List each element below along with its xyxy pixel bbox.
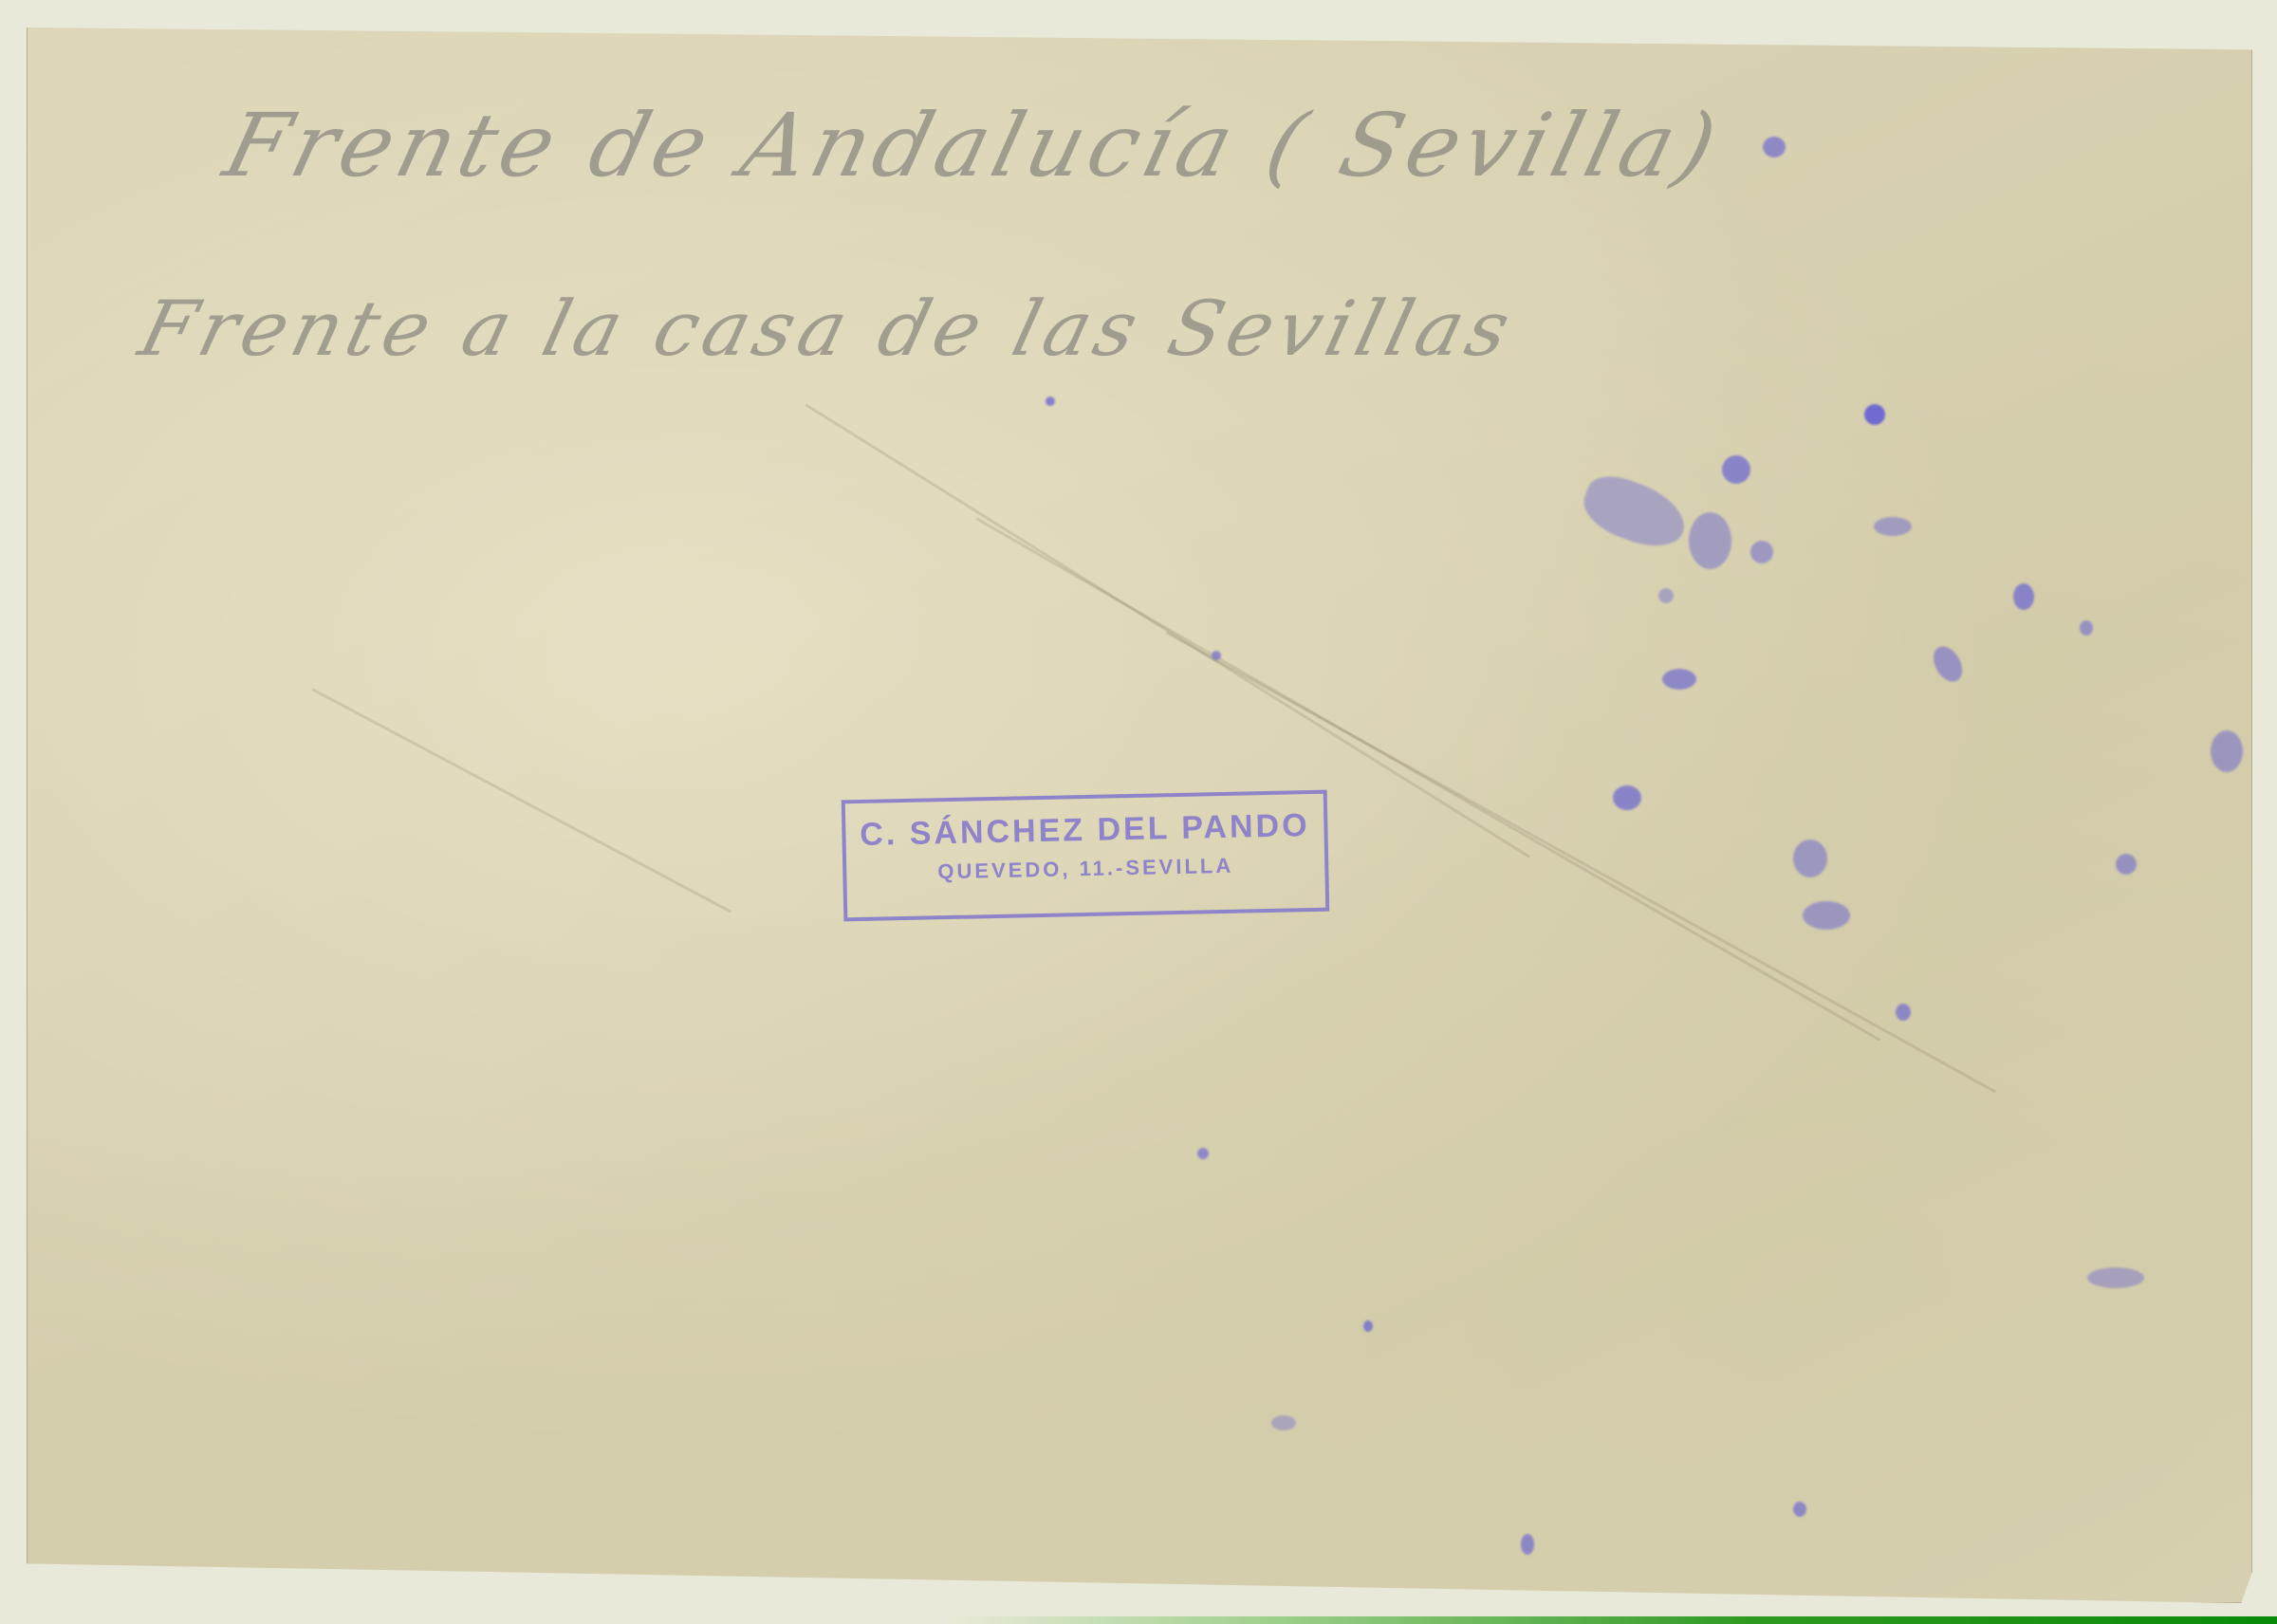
ink-spot: [2013, 583, 2034, 610]
handwritten-caption-line1: Frente de Andalucía ( Sevilla): [215, 95, 1731, 196]
stamp-address: QUEVEDO, 11.-SEVILLA: [846, 852, 1324, 887]
handwritten-caption-line2: Frente a la casa de las Sevillas: [131, 285, 1524, 373]
ink-spot: [1750, 541, 1773, 563]
ink-spot: [2116, 854, 2137, 875]
ink-spot: [1689, 512, 1731, 569]
ink-spot: [1197, 1148, 1209, 1159]
ink-spot: [1896, 1004, 1911, 1021]
ink-spot: [2211, 730, 2243, 772]
ink-spot: [1722, 455, 1750, 484]
ink-spot: [1212, 651, 1221, 660]
ink-spot: [1363, 1320, 1373, 1332]
ink-spot: [1271, 1415, 1296, 1430]
ink-spot: [1864, 404, 1885, 425]
ink-spot: [2080, 620, 2093, 636]
ink-spot: [1793, 840, 1827, 877]
ink-spot: [2087, 1267, 2144, 1288]
accent-bar: [949, 1616, 2277, 1624]
ink-spot: [1803, 901, 1850, 930]
ink-spot: [1874, 517, 1912, 536]
ink-spot: [1763, 137, 1786, 157]
ink-spot: [1521, 1534, 1534, 1555]
smudge-streak: [311, 688, 731, 913]
ink-spot: [1658, 588, 1674, 603]
ink-spot: [1793, 1502, 1806, 1517]
photographer-stamp: C. SÁNCHEZ DEL PANDO QUEVEDO, 11.-SEVILL…: [842, 790, 1330, 922]
ink-spot: [1046, 397, 1055, 406]
ink-spot: [1613, 785, 1641, 810]
stamp-name: C. SÁNCHEZ DEL PANDO: [845, 807, 1324, 855]
ink-spot: [1662, 669, 1696, 690]
